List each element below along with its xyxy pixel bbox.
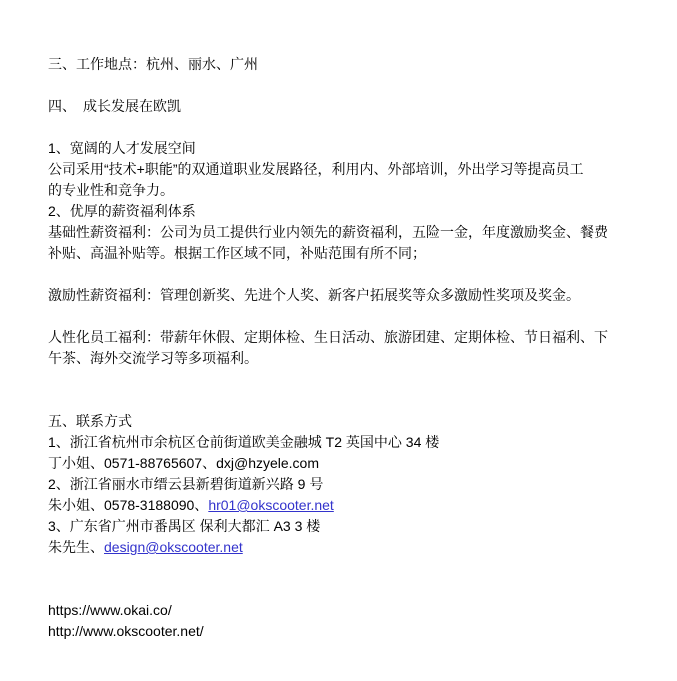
doc-text: 2、优厚的薪资福利体系 <box>48 203 196 219</box>
doc-blank-line <box>48 117 647 138</box>
doc-line: 2、浙江省丽水市缙云县新碧街道新兴路 9 号 <box>48 474 647 495</box>
doc-text: 三、工作地点：杭州、丽水、广州 <box>48 56 258 72</box>
doc-text: https://www.okai.co/ <box>48 602 172 618</box>
doc-text: 1、宽阔的人才发展空间 <box>48 140 196 156</box>
doc-line: 激励性薪资福利：管理创新奖、先进个人奖、新客户拓展奖等众多激励性奖项及奖金。 <box>48 285 647 306</box>
doc-blank-line <box>48 75 647 96</box>
doc-text: 人性化员工福利：带薪年休假、定期体检、生日活动、旅游团建、定期体检、节日福利、下 <box>48 329 608 345</box>
doc-line: 四、 成长发展在欧凯 <box>48 96 647 117</box>
doc-line: http://www.okscooter.net/ <box>48 621 647 642</box>
doc-text: 补贴、高温补贴等。根据工作区域不同，补贴范围有所不同； <box>48 245 426 261</box>
doc-blank-line <box>48 306 647 327</box>
doc-blank-line <box>48 579 647 600</box>
doc-text: 1、浙江省杭州市余杭区仓前街道欧美金融城 T2 英国中心 34 楼 <box>48 434 439 450</box>
doc-text: 朱小姐、0578-3188090、 <box>48 497 208 513</box>
doc-text: 四、 成长发展在欧凯 <box>48 98 181 114</box>
doc-line: 基础性薪资福利：公司为员工提供行业内领先的薪资福利，五险一金，年度激励奖金、餐费 <box>48 222 647 243</box>
doc-text: 朱先生、 <box>48 539 104 555</box>
doc-text: 基础性薪资福利：公司为员工提供行业内领先的薪资福利，五险一金，年度激励奖金、餐费 <box>48 224 608 240</box>
doc-line: 午茶、海外交流学习等多项福利。 <box>48 348 647 369</box>
doc-line: 五、联系方式 <box>48 411 647 432</box>
doc-text: 3、广东省广州市番禺区 保利大都汇 A3 3 楼 <box>48 518 320 534</box>
doc-line: 人性化员工福利：带薪年休假、定期体检、生日活动、旅游团建、定期体检、节日福利、下 <box>48 327 647 348</box>
doc-line: 的专业性和竞争力。 <box>48 180 647 201</box>
doc-text: 丁小姐、0571-88765607、dxj@hzyele.com <box>48 455 319 471</box>
doc-text: 2、浙江省丽水市缙云县新碧街道新兴路 9 号 <box>48 476 323 492</box>
doc-line: 2、优厚的薪资福利体系 <box>48 201 647 222</box>
doc-line: 3、广东省广州市番禺区 保利大都汇 A3 3 楼 <box>48 516 647 537</box>
doc-line: 朱先生、design@okscooter.net <box>48 537 647 558</box>
doc-blank-line <box>48 264 647 285</box>
doc-text: 公司采用“技术+职能”的双通道职业发展路径，利用内、外部培训，外出学习等提高员工 <box>48 161 584 177</box>
doc-line: 丁小姐、0571-88765607、dxj@hzyele.com <box>48 453 647 474</box>
document-page: 三、工作地点：杭州、丽水、广州四、 成长发展在欧凯1、宽阔的人才发展空间公司采用… <box>0 0 677 681</box>
doc-line: 三、工作地点：杭州、丽水、广州 <box>48 54 647 75</box>
doc-text: 五、联系方式 <box>48 413 132 429</box>
doc-blank-line <box>48 369 647 390</box>
doc-blank-line <box>48 558 647 579</box>
document-body: 三、工作地点：杭州、丽水、广州四、 成长发展在欧凯1、宽阔的人才发展空间公司采用… <box>48 54 647 642</box>
email-link-design[interactable]: design@okscooter.net <box>104 539 243 555</box>
doc-line: 补贴、高温补贴等。根据工作区域不同，补贴范围有所不同； <box>48 243 647 264</box>
doc-text: 激励性薪资福利：管理创新奖、先进个人奖、新客户拓展奖等众多激励性奖项及奖金。 <box>48 287 580 303</box>
doc-line: 公司采用“技术+职能”的双通道职业发展路径，利用内、外部培训，外出学习等提高员工 <box>48 159 647 180</box>
doc-text: http://www.okscooter.net/ <box>48 623 204 639</box>
doc-text: 的专业性和竞争力。 <box>48 182 174 198</box>
doc-line: https://www.okai.co/ <box>48 600 647 621</box>
doc-line: 1、浙江省杭州市余杭区仓前街道欧美金融城 T2 英国中心 34 楼 <box>48 432 647 453</box>
doc-text: 午茶、海外交流学习等多项福利。 <box>48 350 258 366</box>
doc-line: 1、宽阔的人才发展空间 <box>48 138 647 159</box>
email-link-hr01[interactable]: hr01@okscooter.net <box>208 497 334 513</box>
doc-line: 朱小姐、0578-3188090、hr01@okscooter.net <box>48 495 647 516</box>
doc-blank-line <box>48 390 647 411</box>
